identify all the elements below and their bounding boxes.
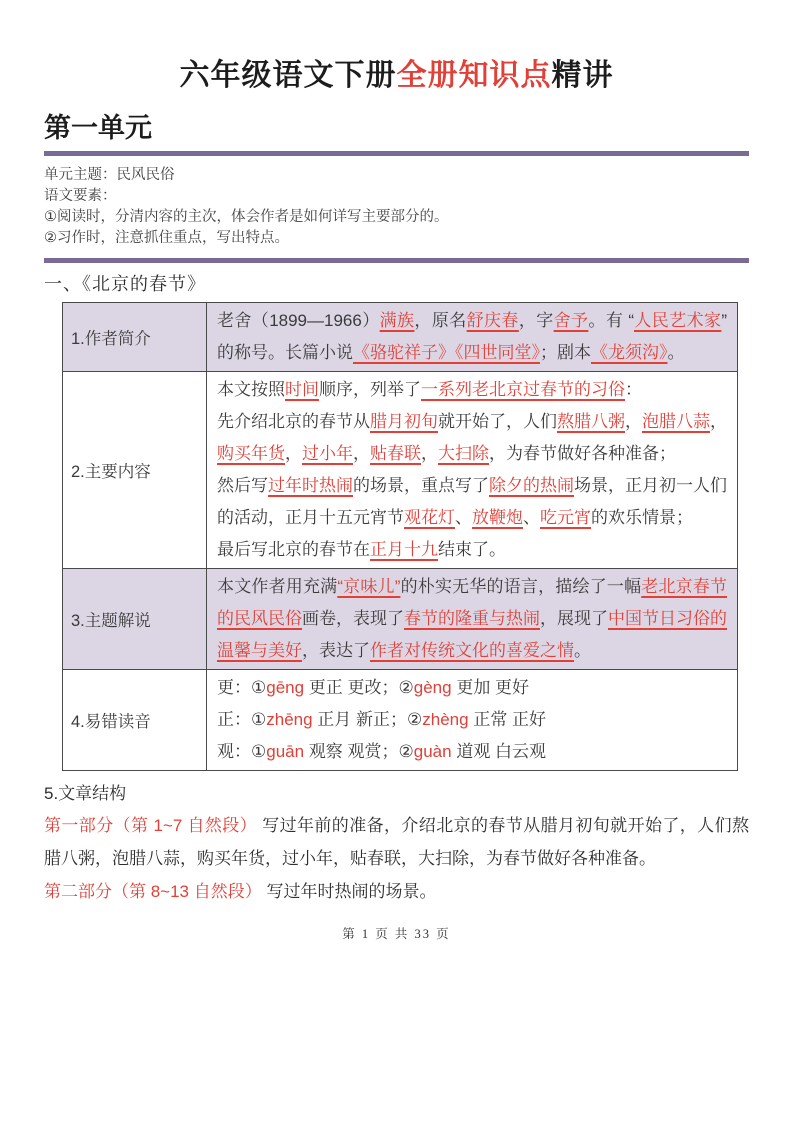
paragraph: 最后写北京的春节在正月十九结束了。 [217, 534, 727, 566]
highlighted-text: 大扫除 [438, 444, 489, 463]
unit-elements-label: 语文要素： [44, 186, 749, 207]
divider-thick-thin [44, 151, 749, 156]
highlighted-text: 熬腊八粥 [557, 412, 625, 431]
plain-text: 、 [455, 508, 472, 527]
plain-text: 先介绍北京的春节从 [217, 412, 370, 431]
paragraph: 先介绍北京的春节从腊月初旬就开始了，人们熬腊八粥，泡腊八蒜，购买年货，过小年，贴… [217, 406, 727, 470]
highlighted-text: guān [266, 742, 304, 761]
highlighted-text: 购买年货 [217, 444, 285, 463]
table-row-author: 1.作者简介 老舍（1899—1966）满族，原名舒庆春，字舍予。有 “人民艺术… [63, 303, 738, 372]
highlighted-text: 时间 [285, 380, 319, 399]
plain-text: 结束了。 [438, 540, 506, 559]
row-label-pronunciation: 4.易错读音 [63, 670, 207, 771]
highlighted-text: zhèng [422, 710, 468, 729]
plain-text: ，展现了 [540, 609, 608, 628]
plain-text: 本文按照 [217, 380, 285, 399]
highlighted-text: 腊月初旬 [370, 412, 438, 431]
plain-text: 的场景，重点写了 [353, 476, 489, 495]
highlighted-text: 舒庆春 [467, 311, 519, 330]
row-label-author: 1.作者简介 [63, 303, 207, 372]
unit-info-block: 单元主题：民风民俗 语文要素： ①阅读时，分清内容的主次，体会作者是如何详写主要… [44, 165, 749, 249]
plain-text: ，原名 [414, 311, 466, 330]
plain-text: ， [353, 444, 370, 463]
plain-text: 。有 “ [588, 311, 634, 330]
row-content-theme: 本文作者用充满“京味儿”的朴实无华的语言，描绘了一幅老北京春节的民风民俗画卷，表… [207, 569, 738, 670]
plain-text: 的朴实无华的语言，描绘了一幅 [400, 577, 641, 596]
highlighted-text: 一系列老北京过春节的习俗 [421, 380, 625, 399]
unit-element-1: ①阅读时，分清内容的主次，体会作者是如何详写主要部分的。 [44, 207, 749, 228]
highlighted-text: 除夕的热闹 [489, 476, 574, 495]
plain-text: 正：① [217, 710, 266, 729]
row-content-author: 老舍（1899—1966）满族，原名舒庆春，字舍予。有 “人民艺术家” 的称号。… [207, 303, 738, 372]
highlighted-text: 《龙须沟》 [591, 343, 668, 362]
highlighted-text: 《骆驼祥子》《四世同堂》 [353, 343, 540, 362]
plain-text: 更正 更改；② [304, 678, 414, 697]
plain-text: ， [285, 444, 302, 463]
highlighted-text: 过年时热闹 [268, 476, 353, 495]
plain-text: ， [710, 412, 727, 431]
unit-element-2: ②习作时，注意抓住重点，写出特点。 [44, 228, 749, 249]
plain-text: 正常 正好 [469, 710, 546, 729]
document-page: { "colors": { "accent_red": "#e04038", "… [0, 0, 793, 1122]
plain-text: ，字 [519, 311, 554, 330]
highlighted-text: 满族 [380, 311, 415, 330]
highlighted-text: 舍予 [554, 311, 589, 330]
plain-text: 道观 白云观 [452, 742, 546, 761]
paragraph: 本文按照时间顺序，列举了一系列老北京过春节的习俗： [217, 374, 727, 406]
plain-text: ， [625, 412, 642, 431]
highlighted-text: 观花灯 [404, 508, 455, 527]
page-title: 六年级语文下册全册知识点精讲 [44, 0, 749, 94]
plain-text: ，为春节做好各种准备； [489, 444, 676, 463]
plain-text: ，表达了 [302, 641, 370, 660]
page-footer: 第 1 页 共 33 页 [44, 924, 749, 942]
plain-text: ， [421, 444, 438, 463]
highlighted-text: 春节的隆重与热闹 [404, 609, 540, 628]
paragraph: 然后写过年时热闹的场景，重点写了除夕的热闹场景，正月初一人们的活动，正月十五元宵… [217, 470, 727, 534]
row-content-main-content: 本文按照时间顺序，列举了一系列老北京过春节的习俗： 先介绍北京的春节从腊月初旬就… [207, 372, 738, 569]
highlighted-text: 第二部分（第 8~13 自然段） [44, 882, 262, 901]
row-label-theme: 3.主题解说 [63, 569, 207, 670]
paragraph: 本文作者用充满“京味儿”的朴实无华的语言，描绘了一幅老北京春节的民风民俗画卷，表… [217, 571, 727, 667]
plain-text: 老舍（1899—1966） [217, 311, 380, 330]
plain-text: 。 [574, 641, 591, 660]
plain-text: 的欢乐情景； [591, 508, 693, 527]
table-row-main-content: 2.主要内容 本文按照时间顺序，列举了一系列老北京过春节的习俗： 先介绍北京的春… [63, 372, 738, 569]
structure-part-1: 第一部分（第 1~7 自然段） 写过年前的准备，介绍北京的春节从腊月初旬就开始了… [44, 809, 749, 875]
plain-text: 写过年时热闹的场景。 [262, 882, 437, 901]
title-highlight: 全册知识点 [397, 59, 552, 92]
highlighted-text: zhēng [266, 710, 312, 729]
paragraph: 正：①zhēng 正月 新正；②zhèng 正常 正好 [217, 704, 727, 736]
table-row-theme: 3.主题解说 本文作者用充满“京味儿”的朴实无华的语言，描绘了一幅老北京春节的民… [63, 569, 738, 670]
plain-text: 顺序，列举了 [319, 380, 421, 399]
plain-text: ；剧本 [540, 343, 591, 362]
plain-text: 然后写 [217, 476, 268, 495]
plain-text: 就开始了，人们 [438, 412, 557, 431]
highlighted-text: “京味儿” [337, 577, 400, 596]
plain-text: 正月 新正；② [313, 710, 423, 729]
row-content-pronunciation: 更：①gēng 更正 更改；②gèng 更加 更好 正：①zhēng 正月 新正… [207, 670, 738, 771]
title-prefix: 六年级语文下册 [180, 59, 397, 92]
highlighted-text: 第一部分（第 1~7 自然段） [44, 816, 257, 835]
plain-text: 本文作者用充满 [217, 577, 337, 596]
plain-text: 、 [523, 508, 540, 527]
plain-text: ： [625, 380, 642, 399]
highlighted-text: guàn [414, 742, 452, 761]
plain-text: 更加 更好 [452, 678, 529, 697]
plain-text: 最后写北京的春节在 [217, 540, 370, 559]
highlighted-text: 人民艺术家 [634, 311, 721, 330]
section-heading: 第一单元 [44, 106, 749, 145]
highlighted-text: 放鞭炮 [472, 508, 523, 527]
highlighted-text: gēng [266, 678, 304, 697]
highlighted-text: 贴春联 [370, 444, 421, 463]
unit-theme-line: 单元主题：民风民俗 [44, 165, 749, 186]
plain-text: 画卷，表现了 [302, 609, 404, 628]
paragraph: 观：①guān 观察 观赏；②guàn 道观 白云观 [217, 736, 727, 768]
knowledge-table: 1.作者简介 老舍（1899—1966）满族，原名舒庆春，字舍予。有 “人民艺术… [62, 302, 738, 771]
highlighted-text: 作者对传统文化的喜爱之情 [370, 641, 574, 660]
plain-text: 观：① [217, 742, 266, 761]
highlighted-text: 吃元宵 [540, 508, 591, 527]
highlighted-text: gèng [414, 678, 452, 697]
plain-text: 。 [668, 343, 685, 362]
table-row-pronunciation: 4.易错读音 更：①gēng 更正 更改；②gèng 更加 更好 正：①zhēn… [63, 670, 738, 771]
highlighted-text: 泡腊八蒜 [642, 412, 710, 431]
lesson-heading: 一、《北京的春节》 [44, 270, 749, 296]
divider-thin-thick [44, 258, 749, 263]
page: 六年级语文下册全册知识点精讲 第一单元 单元主题：民风民俗 语文要素： ①阅读时… [0, 0, 793, 1122]
row-label-main-content: 2.主要内容 [63, 372, 207, 569]
paragraph: 老舍（1899—1966）满族，原名舒庆春，字舍予。有 “人民艺术家” 的称号。… [217, 305, 727, 369]
structure-heading: 5.文章结构 [44, 779, 749, 809]
paragraph: 更：①gēng 更正 更改；②gèng 更加 更好 [217, 672, 727, 704]
highlighted-text: 正月十九 [370, 540, 438, 559]
structure-part-2: 第二部分（第 8~13 自然段） 写过年时热闹的场景。 [44, 875, 749, 908]
title-suffix: 精讲 [552, 59, 614, 92]
plain-text: 观察 观赏；② [304, 742, 414, 761]
highlighted-text: 过小年 [302, 444, 353, 463]
plain-text: 更：① [217, 678, 266, 697]
